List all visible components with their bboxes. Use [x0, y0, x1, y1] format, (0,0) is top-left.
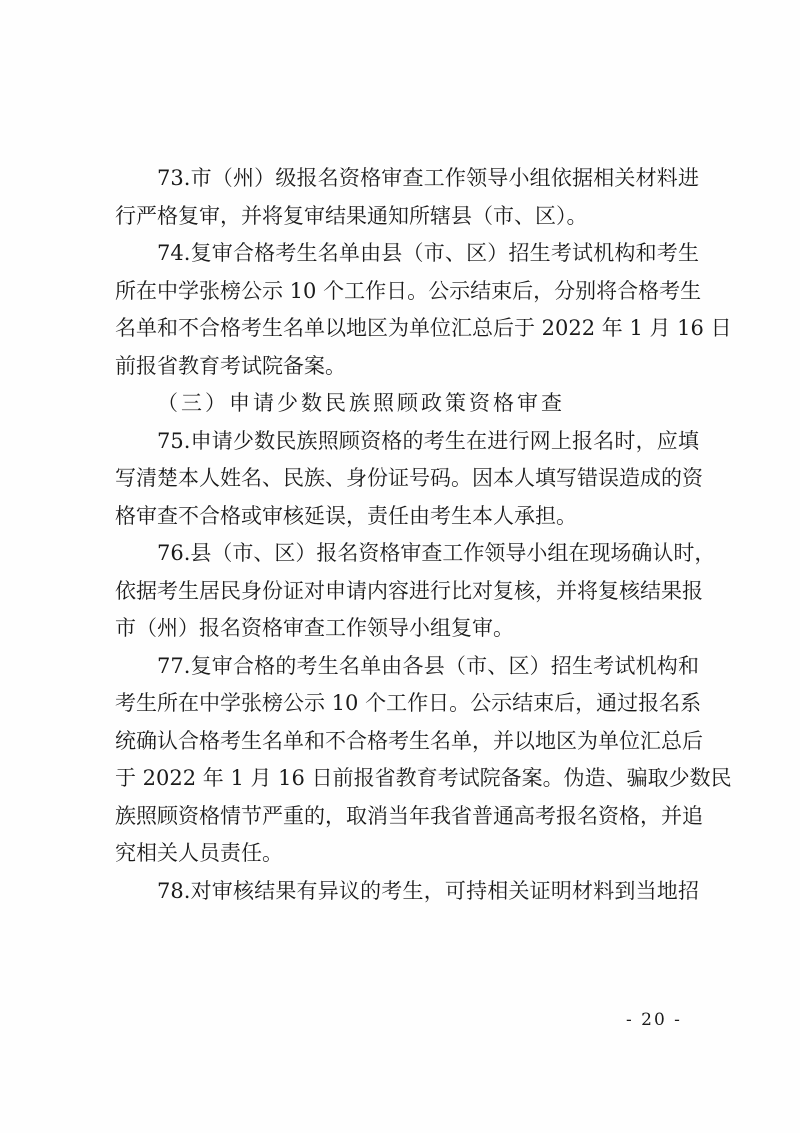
text-line: 市（州）报名资格审查工作领导小组复审。 [115, 610, 699, 648]
text-line: 76.县（市、区）报名资格审查工作领导小组在现场确认时， [115, 535, 699, 573]
paragraph-76: 76.县（市、区）报名资格审查工作领导小组在现场确认时， 依据考生居民身份证对申… [115, 535, 699, 648]
document-page: 73.市（州）级报名资格审查工作领导小组依据相关材料进 行严格复审，并将复审结果… [0, 0, 800, 1133]
text-line: 行严格复审，并将复审结果通知所辖县（市、区）。 [115, 198, 699, 236]
text-line: 所在中学张榜公示 10 个工作日。公示结束后，分别将合格考生 [115, 273, 699, 311]
paragraph-78: 78.对审核结果有异议的考生，可持相关证明材料到当地招 [115, 873, 699, 911]
text-line: 74.复审合格考生名单由县（市、区）招生考试机构和考生 [115, 235, 699, 273]
text-line: 77.复审合格的考生名单由各县（市、区）招生考试机构和 [115, 648, 699, 686]
page-number: - 20 - [626, 1010, 682, 1030]
text-line: 统确认合格考生名单和不合格考生名单，并以地区为单位汇总后 [115, 723, 699, 761]
paragraph-77: 77.复审合格的考生名单由各县（市、区）招生考试机构和 考生所在中学张榜公示 1… [115, 648, 699, 873]
paragraph-75: 75.申请少数民族照顾资格的考生在进行网上报名时，应填 写清楚本人姓名、民族、身… [115, 423, 699, 536]
text-line: 族照顾资格情节严重的，取消当年我省普通高考报名资格，并追 [115, 798, 699, 836]
document-body: 73.市（州）级报名资格审查工作领导小组依据相关材料进 行严格复审，并将复审结果… [115, 160, 699, 910]
paragraph-73: 73.市（州）级报名资格审查工作领导小组依据相关材料进 行严格复审，并将复审结果… [115, 160, 699, 235]
text-line: 名单和不合格考生名单以地区为单位汇总后于 2022 年 1 月 16 日 [115, 310, 699, 348]
text-line: 73.市（州）级报名资格审查工作领导小组依据相关材料进 [115, 160, 699, 198]
section-heading: （三）申请少数民族照顾政策资格审查 [115, 385, 699, 423]
text-line: 写清楚本人姓名、民族、身份证号码。因本人填写错误造成的资 [115, 460, 699, 498]
text-line: 考生所在中学张榜公示 10 个工作日。公示结束后，通过报名系 [115, 685, 699, 723]
text-line: 75.申请少数民族照顾资格的考生在进行网上报名时，应填 [115, 423, 699, 461]
text-line: 依据考生居民身份证对申请内容进行比对复核，并将复核结果报 [115, 573, 699, 611]
text-line: 于 2022 年 1 月 16 日前报省教育考试院备案。伪造、骗取少数民 [115, 760, 699, 798]
paragraph-74: 74.复审合格考生名单由县（市、区）招生考试机构和考生 所在中学张榜公示 10 … [115, 235, 699, 385]
text-line: 究相关人员责任。 [115, 835, 699, 873]
text-line: 前报省教育考试院备案。 [115, 348, 699, 386]
text-line: 78.对审核结果有异议的考生，可持相关证明材料到当地招 [115, 873, 699, 911]
text-line: 格审查不合格或审核延误，责任由考生本人承担。 [115, 498, 699, 536]
